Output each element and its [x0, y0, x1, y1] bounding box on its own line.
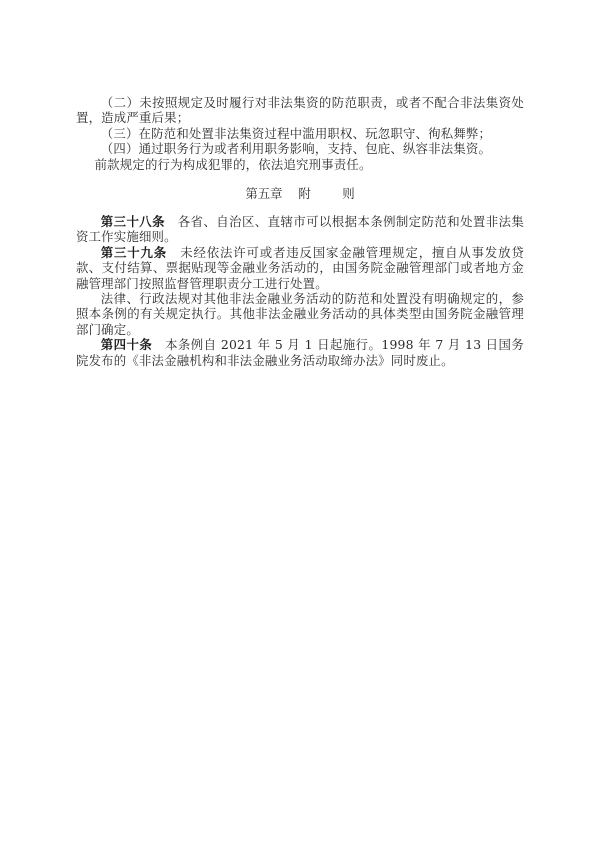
paragraph-item-2: （二）未按照规定及时履行对非法集资的防范职责，或者不配合非法集资处置，造成严重后…: [76, 95, 524, 126]
article-39-paragraph-2: 法律、行政法规对其他非法金融业务活动的防范和处置没有明确规定的，参照本条例的有关…: [76, 291, 524, 337]
paragraph-item-3: （三）在防范和处置非法集资过程中滥用职权、玩忽职守、徇私舞弊；: [76, 126, 524, 141]
article-40: 第四十条 本条例自 2021 年 5 月 1 日起施行。1998 年 7 月 1…: [76, 337, 524, 368]
document-page: （二）未按照规定及时履行对非法集资的防范职责，或者不配合非法集资处置，造成严重后…: [76, 95, 524, 368]
article-39-label: 第三十九条: [101, 245, 167, 260]
chapter-heading-text: 第五章 附 则: [245, 186, 354, 201]
paragraph-item-4: （四）通过职务行为或者利用职务影响，支持、包庇、纵容非法集资。: [76, 141, 524, 156]
chapter-heading: 第五章 附 则: [76, 186, 524, 201]
article-38-label: 第三十八条: [101, 214, 165, 229]
article-38: 第三十八条 各省、自治区、直辖市可以根据本条例制定防范和处置非法集资工作实施细则…: [76, 214, 524, 245]
paragraph-criminal-liability: 前款规定的行为构成犯罪的，依法追究刑事责任。: [76, 157, 524, 172]
article-39-paragraph-2-text: 法律、行政法规对其他非法金融业务活动的防范和处置没有明确规定的，参照本条例的有关…: [76, 291, 524, 337]
article-39: 第三十九条 未经依法许可或者违反国家金融管理规定，擅自从事发放贷款、支付结算、票…: [76, 245, 524, 291]
article-40-label: 第四十条: [101, 337, 152, 352]
